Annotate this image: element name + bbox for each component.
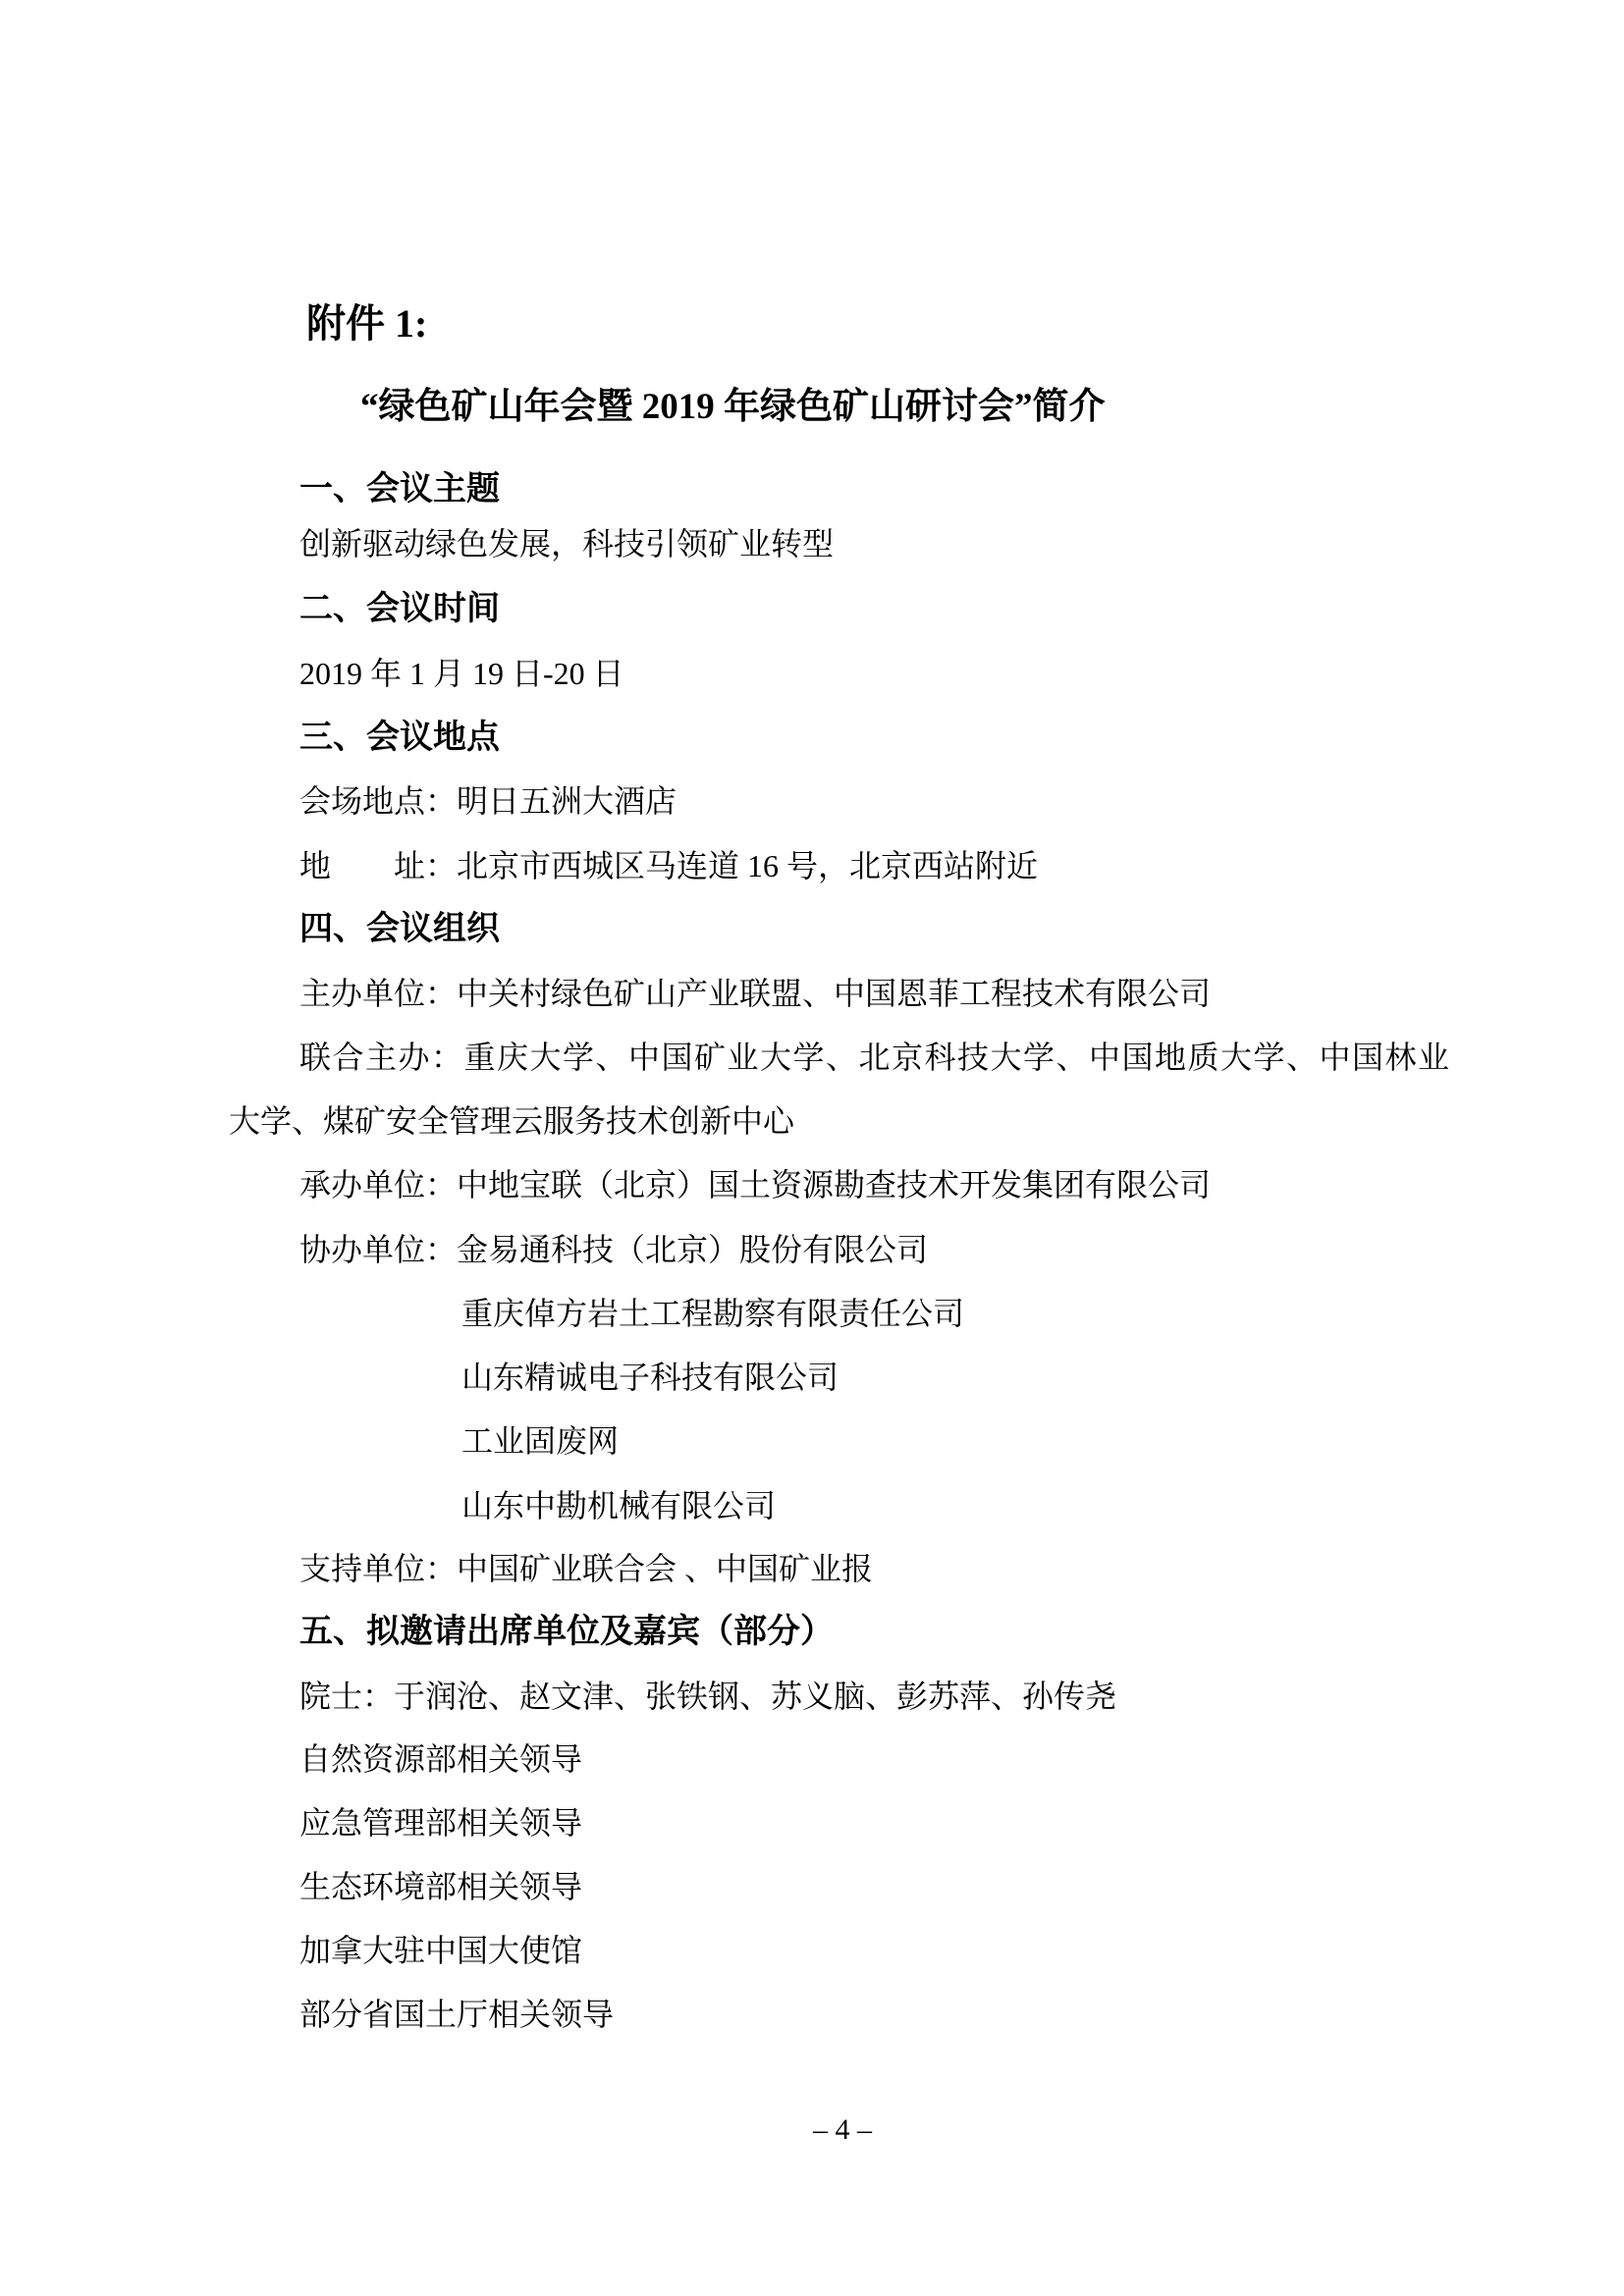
coorganizer-item: 山东精诚电子科技有限公司 [461,1362,839,1393]
attachment-label: 附件 1: [306,304,427,344]
page-number: – 4 – [813,2115,872,2145]
guest-item: 自然资源部相关领导 [299,1743,582,1775]
coorganizer-item: 重庆倬方岩土工程勘察有限责任公司 [461,1298,964,1329]
coorganizer-item: 山东中勘机械有限公司 [461,1490,776,1522]
organization-undertaker: 承办单位：中地宝联（北京）国土资源勘查技术开发集团有限公司 [299,1169,1211,1201]
guests-academicians: 院士：于润沧、赵文津、张铁钢、苏义脑、彭苏萍、孙传尧 [299,1681,1116,1712]
section-time-heading: 二、会议时间 [299,593,500,626]
organization-supporter: 支持单位：中国矿业联合会 、中国矿业报 [299,1553,873,1584]
page-title: “绿色矿山年会暨 2019 年绿色矿山研讨会”简介 [360,389,1106,425]
theme-body: 创新驱动绿色发展，科技引领矿业转型 [299,528,834,560]
section-theme-heading: 一、会议主题 [299,473,500,507]
guest-item: 加拿大驻中国大使馆 [299,1935,582,1966]
organization-cohost-line1: 联合主办：重庆大学、中国矿业大学、北京科技大学、中国地质大学、中国林业 [299,1041,1451,1073]
organization-host: 主办单位：中关村绿色矿山产业联盟、中国恩菲工程技术有限公司 [299,978,1211,1009]
location-address: 地 址：北京市西城区马连道 16 号，北京西站附近 [299,850,1038,881]
guest-item: 生态环境部相关领导 [299,1871,582,1902]
guest-item: 部分省国土厅相关领导 [299,1999,614,2030]
section-location-heading: 三、会议地点 [299,721,500,755]
time-body: 2019 年 1 月 19 日-20 日 [299,658,624,689]
section-organization-heading: 四、会议组织 [299,913,500,946]
organization-coorganizer: 协办单位：金易通科技（北京）股份有限公司 [299,1234,928,1265]
section-guests-heading: 五、拟邀请出席单位及嘉宾（部分） [299,1616,834,1649]
organization-cohost-line2: 大学、煤矿安全管理云服务技术创新中心 [229,1105,794,1137]
coorganizer-item: 工业固废网 [461,1425,619,1457]
document-page: 附件 1: “绿色矿山年会暨 2019 年绿色矿山研讨会”简介 一、会议主题 创… [0,0,1624,2296]
guest-item: 应急管理部相关领导 [299,1807,582,1839]
location-venue: 会场地点：明日五洲大酒店 [299,785,677,817]
